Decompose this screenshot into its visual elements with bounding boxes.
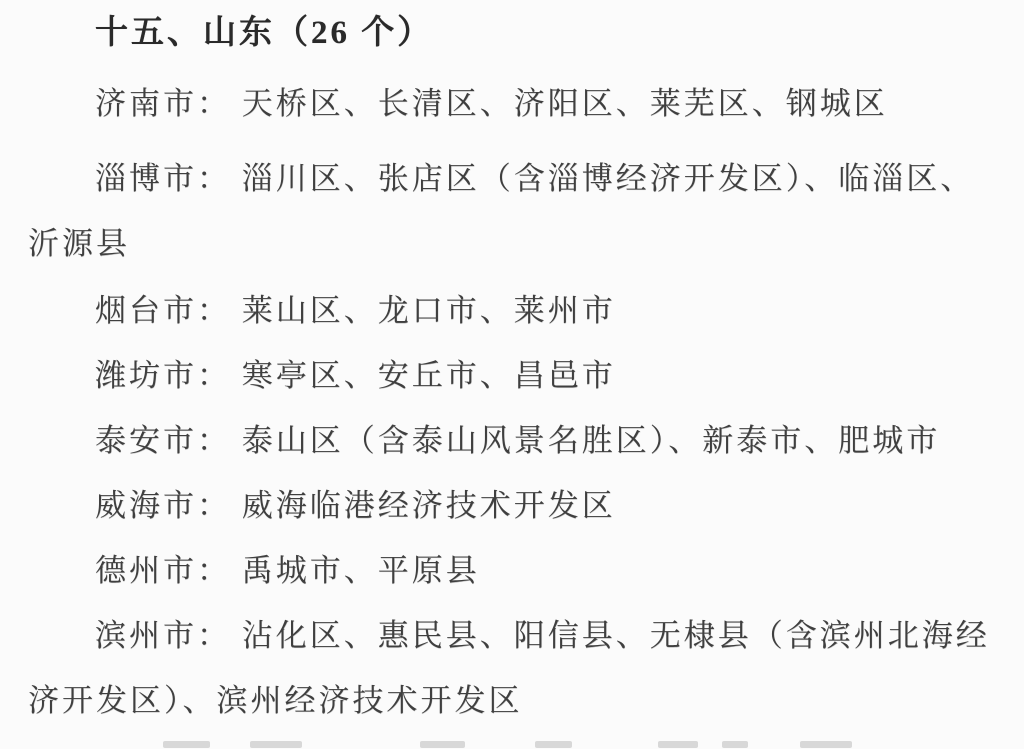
district-entry-dezhou: 德州市： 禹城市、平原县 [28,538,1000,603]
scanned-document-page: { "page": { "background": "#fbfbfb", "te… [0,0,1024,749]
district-entry-zibo: 淄博市： 淄川区、张店区（含淄博经济开发区）、临淄区、 沂源县 [28,146,1000,276]
district-entry-taian: 泰安市： 泰山区（含泰山风景名胜区）、新泰市、肥城市 [28,408,1000,473]
clipped-glyph-fragment [535,741,572,748]
district-entry-binzhou: 滨州市： 沾化区、惠民县、阳信县、无棣县（含滨州北海经 济开发区）、滨州经济技术… [28,603,1000,733]
clipped-glyph-fragment [658,741,698,748]
section-title: 十五、山东（26 个） [28,1,1000,66]
district-entry-weihai: 威海市： 威海临港经济技术开发区 [28,473,1000,538]
clipped-glyph-fragment [800,741,852,748]
clipped-glyph-fragment [420,741,465,748]
clipped-next-line [0,739,1024,749]
district-entry-jinan: 济南市： 天桥区、长清区、济阳区、莱芜区、钢城区 [28,71,1000,136]
district-entry-weifang: 潍坊市： 寒亭区、安丘市、昌邑市 [28,343,1000,408]
clipped-glyph-fragment [163,741,210,748]
clipped-glyph-fragment [722,741,748,748]
district-entry-yantai: 烟台市： 莱山区、龙口市、莱州市 [28,278,1000,343]
clipped-glyph-fragment [250,741,302,748]
